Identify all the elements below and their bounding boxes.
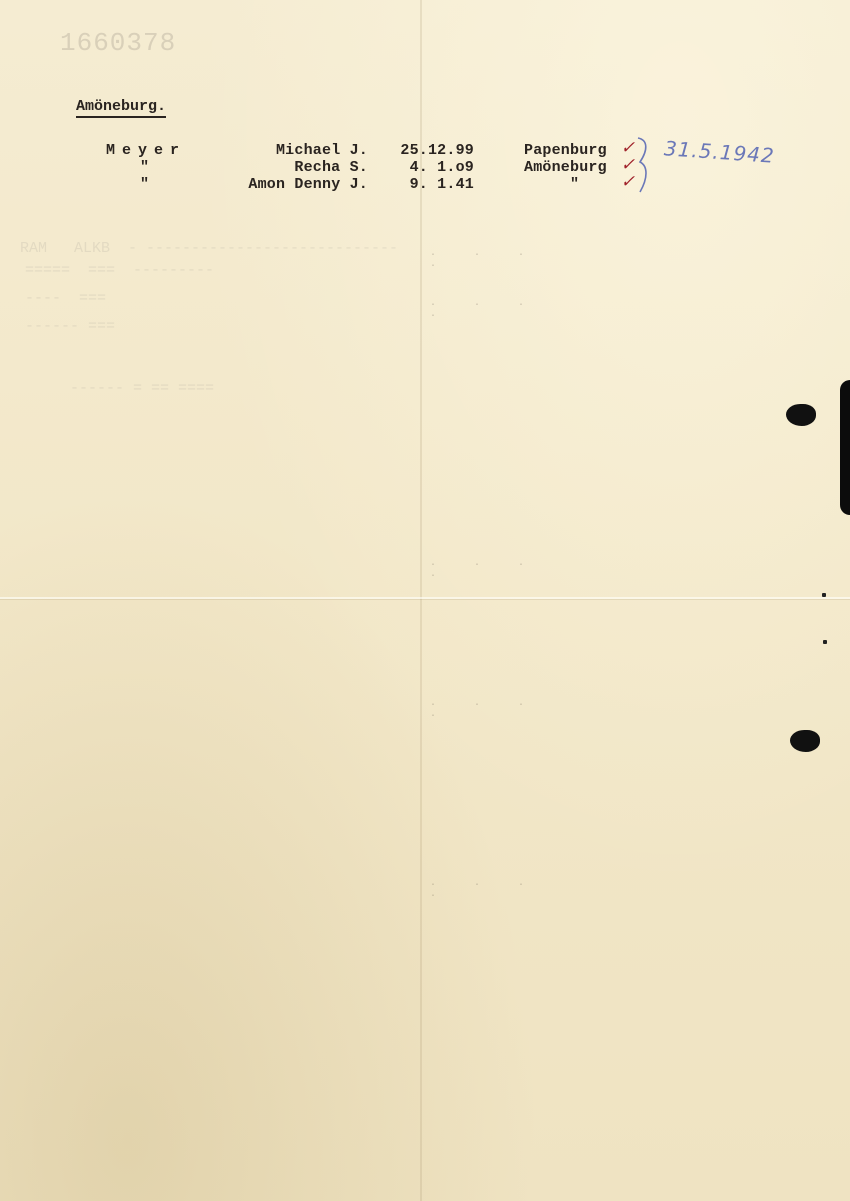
- entry-birth-date: 9. 1.41: [364, 176, 474, 193]
- horizontal-fold-line: [0, 597, 850, 599]
- bleed-through-text: RAM ALKB - ----------------------------: [20, 240, 398, 257]
- entry-place-ditto: ": [570, 176, 579, 193]
- entry-place: Papenburg: [524, 142, 607, 159]
- archive-stamp-number: 1660378: [60, 28, 176, 58]
- perforation-marks: · · · ·: [430, 880, 560, 902]
- bleed-through-text: ------ ===: [25, 318, 115, 335]
- paper-speck: [822, 593, 826, 597]
- entry-birth-date: 4. 1.o9: [364, 159, 474, 176]
- entry-given-name: Amon Denny J.: [138, 176, 368, 193]
- punch-hole: [790, 730, 820, 752]
- page-edge-shadow: [840, 380, 850, 515]
- perforation-marks: · · · ·: [430, 700, 560, 722]
- paper-speck: [823, 640, 827, 644]
- perforation-marks: · · · ·: [430, 300, 560, 322]
- entry-given-name: Recha S.: [138, 159, 368, 176]
- bleed-through-text: ===== === ---------: [25, 262, 214, 279]
- entry-given-name: Michael J.: [138, 142, 368, 159]
- punch-hole: [786, 404, 816, 426]
- entry-birth-date: 25.12.99: [364, 142, 474, 159]
- document-page: 1660378 RAM ALKB - ---------------------…: [0, 0, 850, 1201]
- bleed-through-text: ---- ===: [25, 290, 106, 307]
- entry-place: Amöneburg: [524, 159, 607, 176]
- handwritten-date: 31.5.1942: [663, 136, 775, 168]
- perforation-marks: · · · ·: [430, 560, 560, 582]
- document-heading: Amöneburg.: [76, 98, 166, 118]
- perforation-marks: · · · ·: [430, 250, 560, 272]
- bleed-through-text: ------ = == ====: [70, 380, 214, 397]
- brace-icon: [634, 136, 656, 194]
